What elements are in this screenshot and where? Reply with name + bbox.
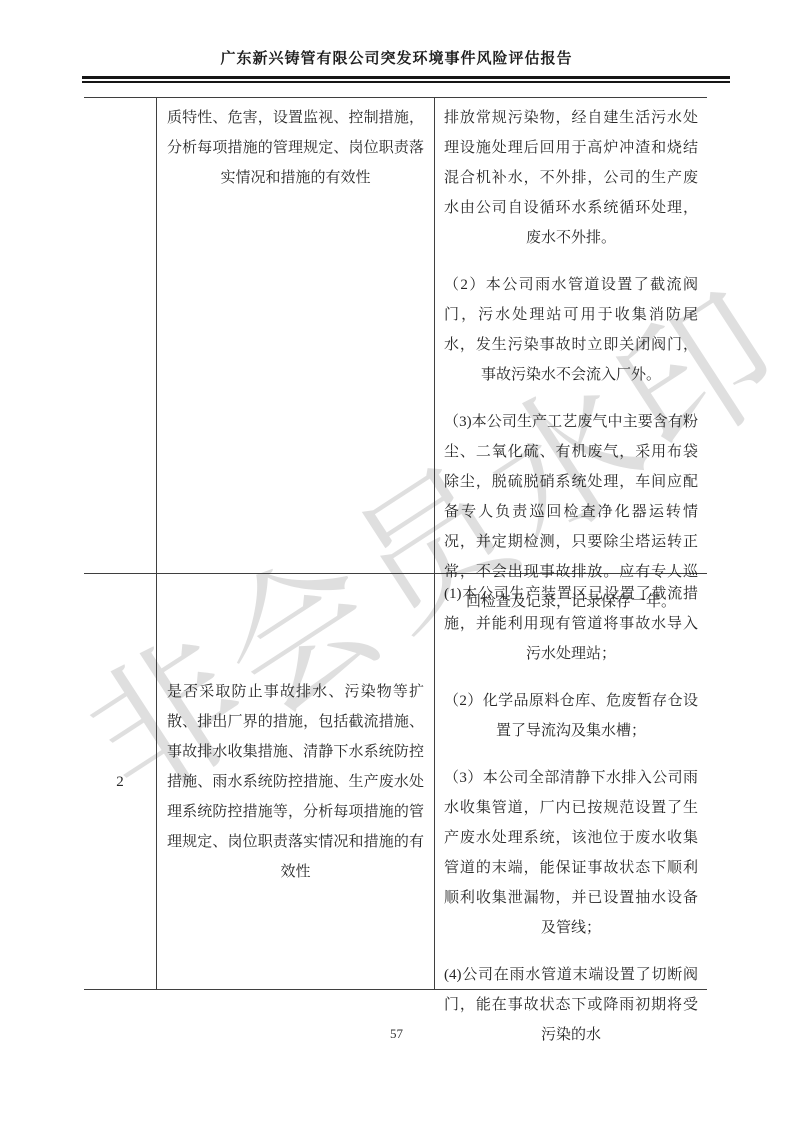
criteria-text: 质特性、危害，设置监视、控制措施，分析每项措施的管理规定、岗位职责落实情况和措施… bbox=[167, 103, 424, 193]
answer-paragraph: （2）化学品原料仓库、危废暂存仓设置了导流沟及集水槽； bbox=[444, 686, 698, 746]
row-number-cell bbox=[84, 97, 157, 574]
risk-assessment-table: 质特性、危害，设置监视、控制措施，分析每项措施的管理规定、岗位职责落实情况和措施… bbox=[84, 97, 707, 990]
page-number: 57 bbox=[0, 1026, 793, 1042]
answer-cell: 排放常规污染物，经自建生活污水处理设施处理后回用于高炉冲渣和烧结混合机补水，不外… bbox=[435, 97, 707, 574]
header-double-rule bbox=[82, 76, 730, 83]
answer-cell: (1)本公司生产装置区已设置了截流措施，并能利用现有管道将事故水导入污水处理站；… bbox=[435, 574, 707, 990]
answer-paragraph: (1)本公司生产装置区已设置了截流措施，并能利用现有管道将事故水导入污水处理站； bbox=[444, 579, 698, 669]
criteria-cell: 质特性、危害，设置监视、控制措施，分析每项措施的管理规定、岗位职责落实情况和措施… bbox=[157, 97, 435, 574]
report-header-title: 广东新兴铸管有限公司突发环境事件风险评估报告 bbox=[0, 47, 793, 68]
criteria-text: 是否采取防止事故排水、污染物等扩散、排出厂界的措施，包括截流措施、事故排水收集措… bbox=[167, 677, 424, 887]
row-number-cell: 2 bbox=[84, 574, 157, 990]
criteria-cell: 是否采取防止事故排水、污染物等扩散、排出厂界的措施，包括截流措施、事故排水收集措… bbox=[157, 574, 435, 990]
answer-paragraph: （3）本公司全部清静下水排入公司雨水收集管道，厂内已按规范设置了生产废水处理系统… bbox=[444, 763, 698, 943]
answer-paragraph: （2）本公司雨水管道设置了截流阀门，污水处理站可用于收集消防尾水，发生污染事故时… bbox=[444, 270, 698, 390]
answer-paragraph: 排放常规污染物，经自建生活污水处理设施处理后回用于高炉冲渣和烧结混合机补水，不外… bbox=[444, 103, 698, 253]
